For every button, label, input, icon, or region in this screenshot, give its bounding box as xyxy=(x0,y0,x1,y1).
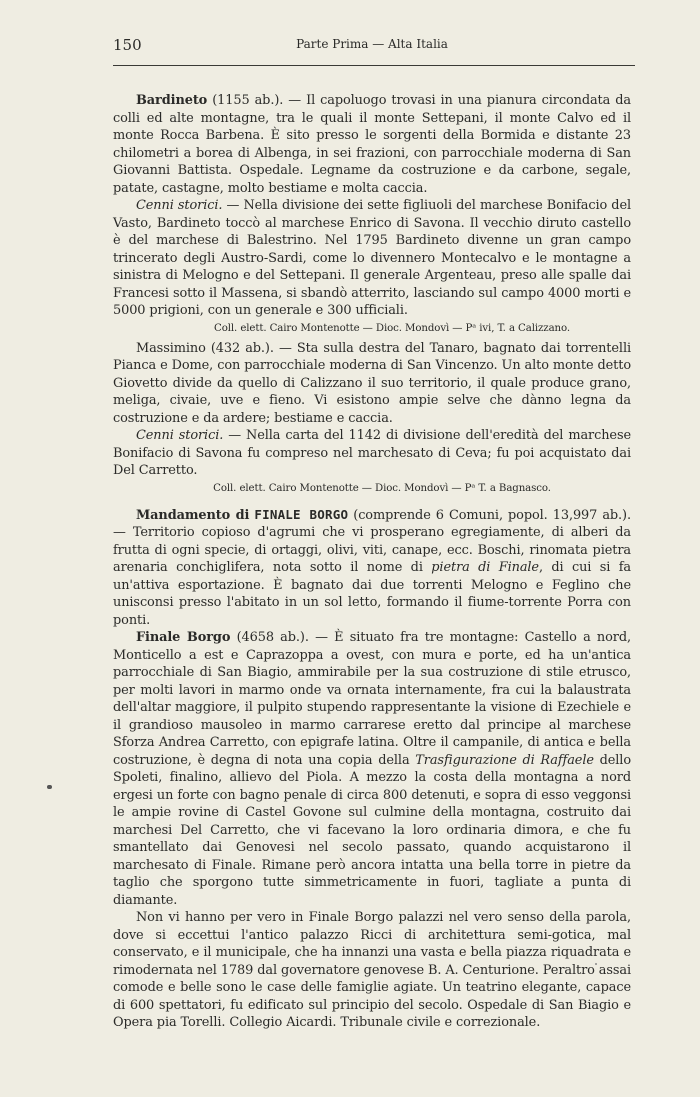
history-massimino: Cenni storici. — Nella carta del 1142 di… xyxy=(113,427,631,480)
ink-dot xyxy=(595,963,597,965)
note-massimino: Coll. elett. Cairo Montenotte — Dioc. Mo… xyxy=(133,480,631,497)
entry-title: Bardineto xyxy=(136,93,207,108)
entry-finale-borgo: Finale Borgo (4658 ab.). — È situato fra… xyxy=(113,629,631,909)
note-bardineto: Coll. elett. Cairo Montenotte — Dioc. Mo… xyxy=(153,320,631,337)
entry-title: Finale Borgo xyxy=(136,630,230,645)
history-bardineto: Cenni storici. — Nella divisione dei set… xyxy=(113,197,631,320)
entry-finale-borgo-continued: Non vi hanno per vero in Finale Borgo pa… xyxy=(113,909,631,1032)
page-header: 150 Parte Prima — Alta Italia xyxy=(113,36,631,56)
header-rule xyxy=(113,65,635,66)
entry-bardineto: Bardineto (1155 ab.). — Il capoluogo tro… xyxy=(113,92,631,197)
book-page: 150 Parte Prima — Alta Italia Bardineto … xyxy=(113,36,631,56)
history-label: Cenni storici. xyxy=(136,428,223,443)
entry-massimino: Massimino (432 ab.). — Sta sulla destra … xyxy=(113,340,631,428)
ink-speck xyxy=(47,785,52,789)
mandamento-name: FINALE BORGO xyxy=(254,507,348,522)
entry-title: Massimino xyxy=(136,341,206,356)
page-body: Bardineto (1155 ab.). — Il capoluogo tro… xyxy=(113,92,631,1032)
history-label: Cenni storici. xyxy=(136,198,222,213)
running-head: Parte Prima — Alta Italia xyxy=(113,37,631,51)
entry-mandamento: Mandamento di FINALE BORGO (comprende 6 … xyxy=(113,506,631,630)
